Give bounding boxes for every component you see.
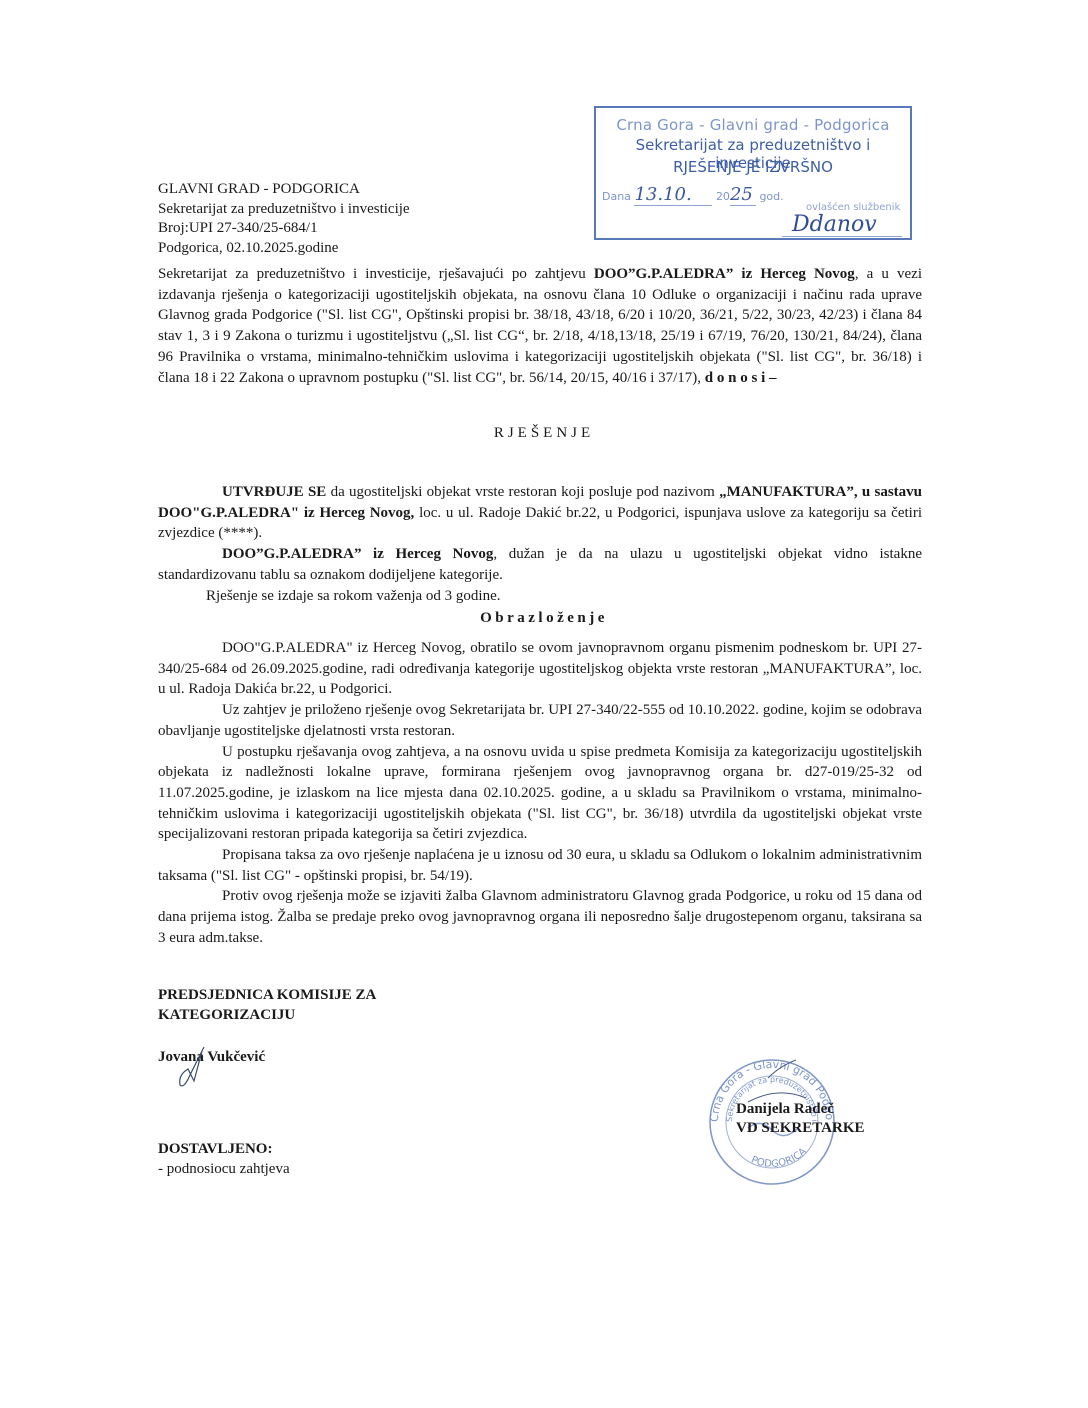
header-department: Sekretarijat za preduzetništvo i investi… xyxy=(158,200,410,220)
reasoning-paragraph: U postupku rješavanja ovog zahtjeva, a n… xyxy=(158,742,922,846)
stamp-date-value: 13.10. xyxy=(634,184,691,205)
header-place-date: Podgorica, 02.10.2025.godine xyxy=(158,239,410,259)
handwritten-signature-icon xyxy=(176,1045,216,1095)
secretary-name: Danijela Radeč xyxy=(736,1100,865,1119)
svg-text:PODGORICA: PODGORICA xyxy=(749,1146,809,1170)
reasoning-paragraph: Uz zahtjev je priloženo rješenje ovog Se… xyxy=(158,700,922,741)
stamp-year-suffix: god. xyxy=(759,190,783,203)
reasoning-paragraph: Protiv ovog rješenja može se izjaviti ža… xyxy=(158,886,922,948)
commission-title-line-1: PREDSJEDNICA KOMISIJE ZA xyxy=(158,985,376,1005)
commission-title-line-2: KATEGORIZACIJU xyxy=(158,1005,376,1025)
stamp-year-prefix: 20 xyxy=(716,190,730,203)
stamp-year-value: 25 xyxy=(730,184,753,205)
decision-paragraph-1: UTVRĐUJE SE da ugostiteljski objekat vrs… xyxy=(158,482,922,544)
stamp-line-status: RJEŠENJE JE IZVRŠNO xyxy=(596,158,910,176)
delivered-to: - podnosiocu zahtjeva xyxy=(158,1159,376,1179)
intro-paragraph: Sekretarijat za preduzetništvo i investi… xyxy=(158,264,922,388)
secretary-signature-block: Danijela Radeč VD SEKRETARKE xyxy=(736,1100,865,1138)
decision-2-lead: DOO”G.P.ALEDRA” iz Herceg Novog xyxy=(222,546,493,562)
decision-section: UTVRĐUJE SE da ugostiteljski objekat vrs… xyxy=(158,482,922,606)
reasoning-section: DOO"G.P.ALEDRA" iz Herceg Novog, obratil… xyxy=(158,638,922,949)
reasoning-title: Obrazloženje xyxy=(0,610,1088,627)
secretary-title: VD SEKRETARKE xyxy=(736,1119,865,1138)
intro-text-b: , a u vezi izdavanja rješenja o kategori… xyxy=(158,266,922,386)
intro-applicant: DOO”G.P.ALEDRA” iz Herceg Novog xyxy=(594,266,855,282)
decision-paragraph-3: Rješenje se izdaje sa rokom važenja od 3… xyxy=(158,586,922,607)
decision-lead: UTVRĐUJE SE xyxy=(222,484,326,500)
delivered-label: DOSTAVLJENO: xyxy=(158,1139,376,1159)
stamp-line-city: Crna Gora - Glavni grad - Podgorica xyxy=(596,116,910,134)
reasoning-paragraph: DOO"G.P.ALEDRA" iz Herceg Novog, obratil… xyxy=(158,638,922,700)
decision-text: da ugostiteljski objekat vrste restoran … xyxy=(326,484,719,500)
commission-signature-block: PREDSJEDNICA KOMISIJE ZA KATEGORIZACIJU … xyxy=(158,985,376,1179)
decision-title: RJEŠENJE xyxy=(0,425,1088,442)
intro-text-a: Sekretarijat za preduzetništvo i investi… xyxy=(158,266,594,282)
decision-paragraph-2: DOO”G.P.ALEDRA” iz Herceg Novog, dužan j… xyxy=(158,544,922,585)
execution-stamp: Crna Gora - Glavni grad - Podgorica Sekr… xyxy=(594,106,912,240)
stamp-date-row: Dana 13.10. 2025 god. xyxy=(602,184,784,206)
stamp-signature-line xyxy=(782,236,902,237)
reasoning-paragraph: Propisana taksa za ovo rješenje naplaćen… xyxy=(158,845,922,886)
header-authority: GLAVNI GRAD - PODGORICA xyxy=(158,180,410,200)
round-stamp-bottom-text: PODGORICA xyxy=(749,1146,809,1170)
stamp-date-label: Dana xyxy=(602,190,631,203)
intro-donosi: d o n o s i – xyxy=(705,370,777,386)
document-page: Crna Gora - Glavni grad - Podgorica Sekr… xyxy=(0,0,1088,1408)
stamp-signature: Ddanov xyxy=(792,212,877,237)
header-number: Broj:UPI 27-340/25-684/1 xyxy=(158,219,410,239)
document-header: GLAVNI GRAD - PODGORICA Sekretarijat za … xyxy=(158,180,410,258)
